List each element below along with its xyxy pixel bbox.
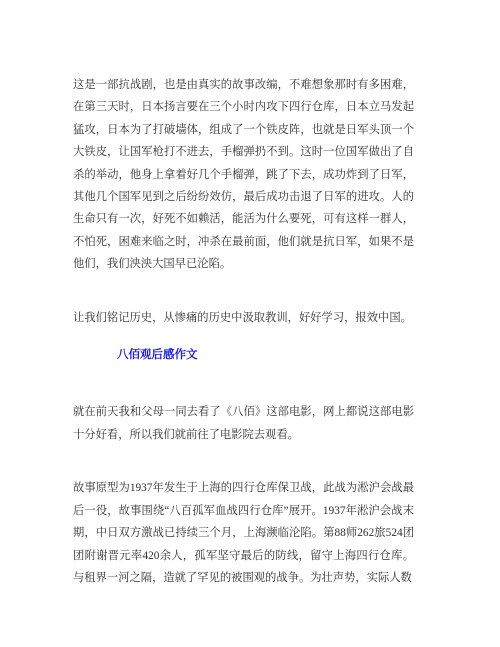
paragraph-movie-plot: 这是一部抗战剧，也是由真实的故事改编，不难想象那时有多困难，在第三天时，日本扬言… <box>73 74 414 276</box>
document-page: 这是一部抗战剧，也是由真实的故事改编，不难想象那时有多困难，在第三天时，日本扬言… <box>0 0 500 647</box>
paragraph-historical-background: 故事原型为1937年发生于上海的四行仓库保卫战，此战为淞沪会战最后一役，故事围绕… <box>73 477 414 589</box>
paragraph-remember-history: 让我们铭记历史，从惨痛的历史中汲取教训，好好学习，报效中国。 <box>73 307 414 329</box>
paragraph-went-to-cinema: 就在前天我和父母一同去看了《八佰》这部电影，网上都说这部电影十分好看，所以我们就… <box>73 401 414 446</box>
essay-section-heading: 八佰观后感作文 <box>117 344 414 366</box>
